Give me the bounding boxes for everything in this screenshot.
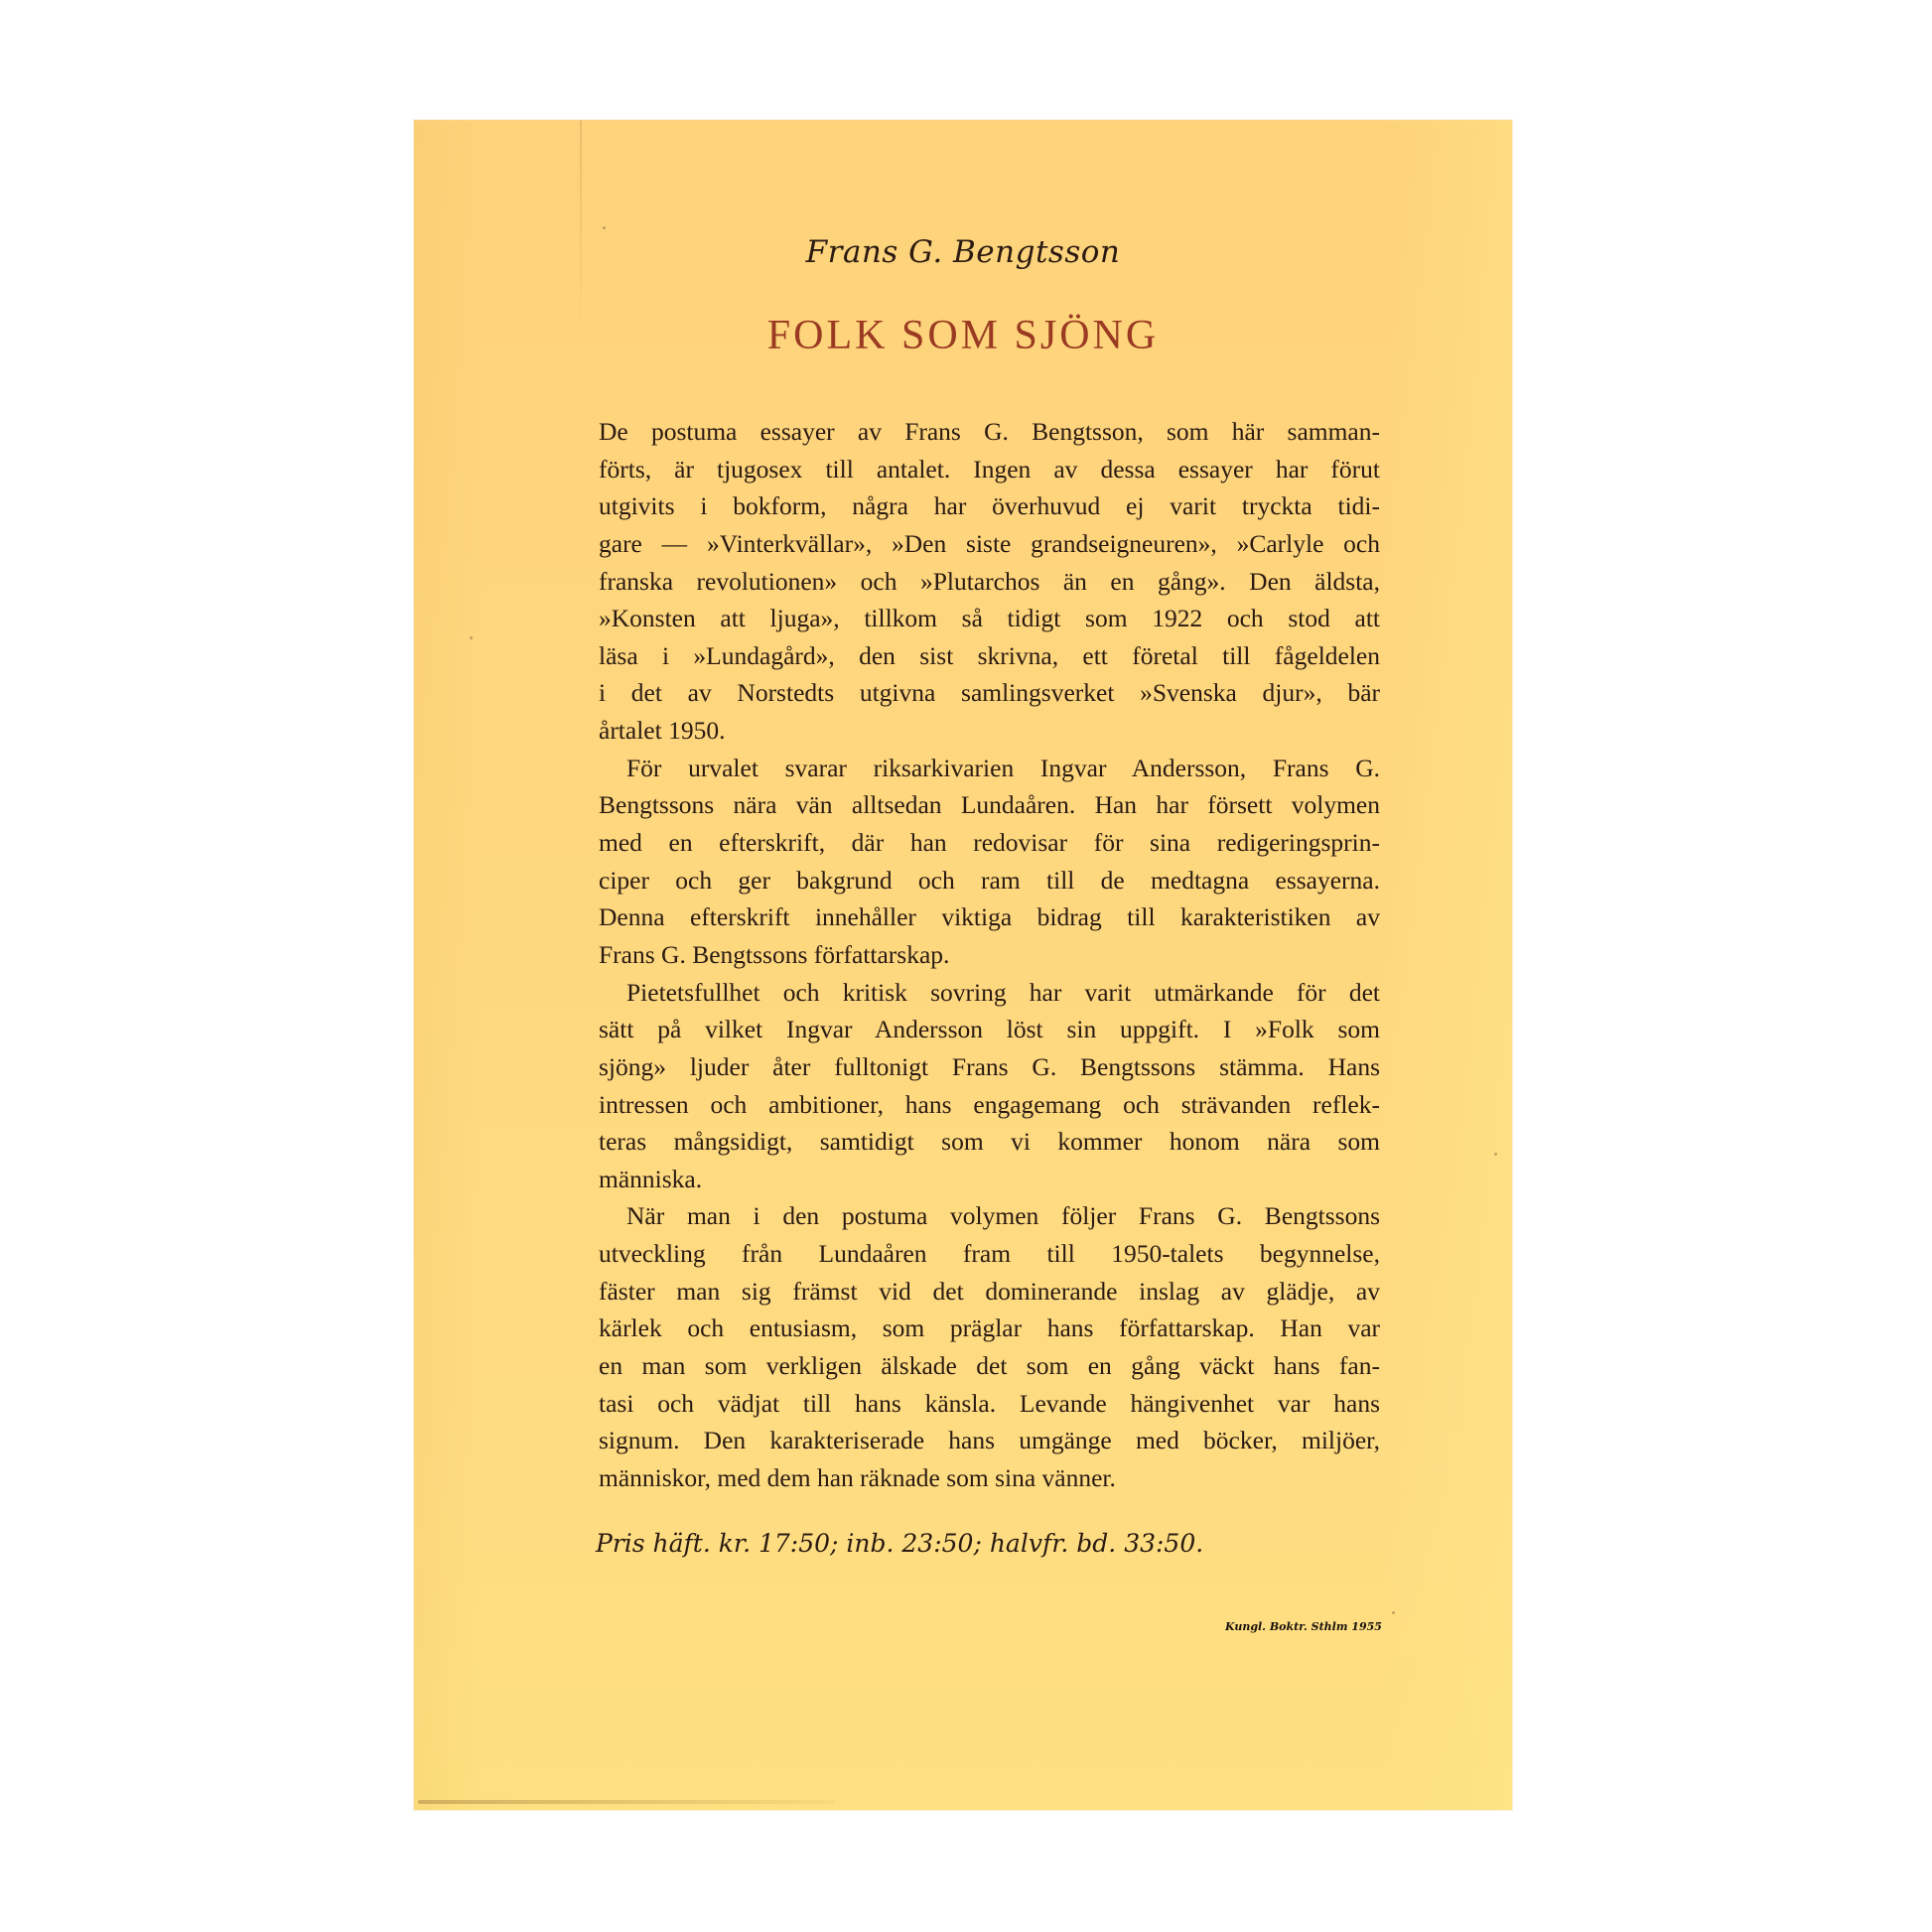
text-line: sätt på vilket Ingvar Andersson löst sin… (599, 1011, 1380, 1048)
text-line: förts, är tjugosex till antalet. Ingen a… (599, 451, 1380, 488)
text-line: När man i den postuma volymen följer Fra… (599, 1197, 1380, 1235)
text-line: en man som verkligen älskade det som en … (599, 1347, 1380, 1385)
book-title: FOLK SOM SJÖNG (414, 312, 1512, 359)
paper-speck (1392, 1611, 1395, 1614)
text-line: signum. Den karakteriserade hans umgänge… (599, 1422, 1380, 1459)
text-line: »Konsten att ljuga», tillkom så tidigt s… (599, 600, 1380, 637)
paper-crease (580, 120, 582, 339)
text-line: gare — »Vinterkvällar», »Den siste grand… (599, 525, 1380, 563)
author-name: Frans G. Bengtsson (414, 234, 1512, 270)
paragraph: När man i den postuma volymen följer Fra… (599, 1197, 1380, 1496)
text-line: årtalet 1950. (599, 712, 1380, 750)
text-line: ciper och ger bakgrund och ram till de m… (599, 862, 1380, 899)
text-line: utveckling från Lundaåren fram till 1950… (599, 1235, 1380, 1273)
text-line: intressen och ambitioner, hans engageman… (599, 1086, 1380, 1124)
paragraph: För urvalet svarar riksarkivarien Ingvar… (599, 750, 1380, 974)
text-line: sjöng» ljuder åter fulltonigt Frans G. B… (599, 1048, 1380, 1086)
paragraph: Pietetsfullhet och kritisk sovring har v… (599, 974, 1380, 1198)
text-line: Bengtssons nära vän alltsedan Lundaåren.… (599, 786, 1380, 824)
text-line: läsa i »Lundagård», den sist skrivna, et… (599, 637, 1380, 675)
printer-imprint: Kungl. Boktr. Sthlm 1955 (1225, 1620, 1382, 1633)
blurb-text: De postuma essayer av Frans G. Bengtsson… (599, 413, 1380, 1497)
text-line: människa. (599, 1161, 1380, 1198)
text-line: i det av Norstedts utgivna samlingsverke… (599, 674, 1380, 712)
text-line: Frans G. Bengtssons författarskap. (599, 936, 1380, 974)
paper-speck (470, 636, 473, 639)
text-line: franska revolutionen» och »Plutarchos än… (599, 563, 1380, 601)
text-line: kärlek och entusiasm, som präglar hans f… (599, 1310, 1380, 1347)
text-line: fäster man sig främst vid det dominerand… (599, 1273, 1380, 1311)
paper-speck (1494, 1153, 1497, 1156)
text-line: De postuma essayer av Frans G. Bengtsson… (599, 413, 1380, 451)
text-line: med en efterskrift, där han redovisar fö… (599, 824, 1380, 862)
text-line: tasi och vädjat till hans känsla. Levand… (599, 1385, 1380, 1423)
text-line: Pietetsfullhet och kritisk sovring har v… (599, 974, 1380, 1012)
text-line: För urvalet svarar riksarkivarien Ingvar… (599, 750, 1380, 787)
text-line: utgivits i bokform, några har överhuvud … (599, 487, 1380, 525)
price-line: Pris häft. kr. 17:50; inb. 23:50; halvfr… (596, 1529, 1203, 1558)
text-line: människor, med dem han räknade som sina … (599, 1459, 1380, 1497)
paper-speck (603, 226, 606, 229)
text-line: Denna efterskrift innehåller viktiga bid… (599, 898, 1380, 936)
paragraph: De postuma essayer av Frans G. Bengtsson… (599, 413, 1380, 750)
text-line: teras mångsidigt, samtidigt som vi komme… (599, 1123, 1380, 1161)
